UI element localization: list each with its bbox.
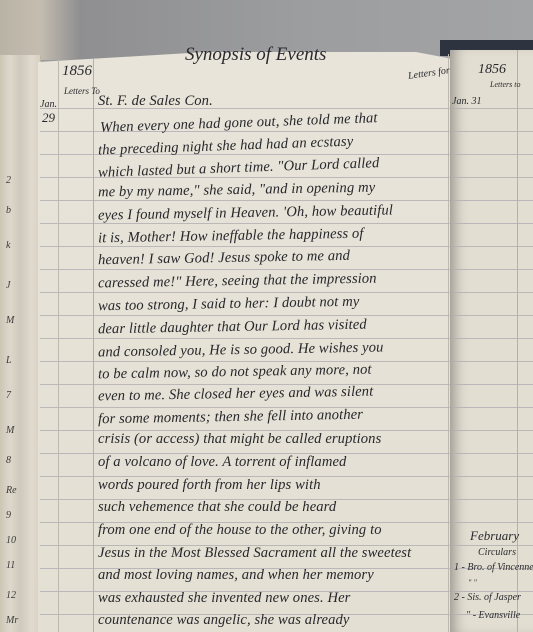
- date-month: Jan.: [40, 99, 57, 110]
- date-day: 29: [42, 110, 55, 126]
- margin-mark: 7: [6, 390, 11, 401]
- margin-mark: L: [6, 355, 12, 366]
- margin-mark: b: [6, 205, 11, 216]
- margin-mark: 2: [6, 175, 11, 186]
- subheading: Circulars: [478, 547, 516, 558]
- entry: " - Evansville: [466, 610, 520, 621]
- page-title: Synopsis of Events: [185, 44, 326, 66]
- page-gutter: [448, 54, 449, 632]
- text-line: crisis (or access) that might be called …: [98, 431, 381, 448]
- date-right: Jan. 31: [452, 96, 481, 107]
- margin-mark: 9: [6, 510, 11, 521]
- margin-mark: M: [6, 425, 14, 436]
- text-line: from one end of the house to the other, …: [98, 522, 382, 539]
- column-header-letters-to: Letters To: [64, 86, 100, 96]
- margin-mark: 10: [6, 535, 16, 546]
- margin-line-red: [93, 58, 94, 632]
- text-line: Jesus in the Most Blessed Sacrament all …: [98, 545, 411, 562]
- year-right: 1856: [478, 62, 506, 78]
- year-left: 1856: [62, 63, 92, 80]
- entry: " ": [468, 578, 477, 587]
- margin-line-red-right: [517, 50, 518, 632]
- text-line: countenance was angelic, she was already: [98, 612, 350, 629]
- margin-line: [58, 60, 59, 632]
- text-line: was exhausted she invented new ones. Her: [98, 590, 350, 607]
- entry: 2 - Sis. of Jasper: [454, 592, 521, 603]
- text-line: of a volcano of love. A torrent of infla…: [98, 454, 346, 471]
- column-header-right: Letters to: [490, 80, 520, 89]
- margin-mark: J: [6, 280, 10, 291]
- margin-mark: k: [6, 240, 10, 251]
- margin-mark: Mr: [6, 615, 18, 626]
- margin-mark: 8: [6, 455, 11, 466]
- margin-mark: M: [6, 315, 14, 326]
- margin-mark: 12: [6, 590, 16, 601]
- entry: 1 - Bro. of Vincennes: [454, 562, 533, 573]
- page-edge-stack: 2 b k J M L 7 M 8 Re 9 10 11 12 Mr: [0, 55, 41, 632]
- month-heading: February: [470, 528, 519, 544]
- text-line: such vehemence that she could be heard: [98, 499, 336, 516]
- text-line: words poured forth from her lips with: [98, 477, 321, 494]
- margin-mark: Re: [6, 485, 17, 496]
- text-line: and most loving names, and when her memo…: [98, 567, 374, 584]
- text-line: St. F. de Sales Con.: [98, 93, 213, 110]
- margin-mark: 11: [6, 560, 15, 571]
